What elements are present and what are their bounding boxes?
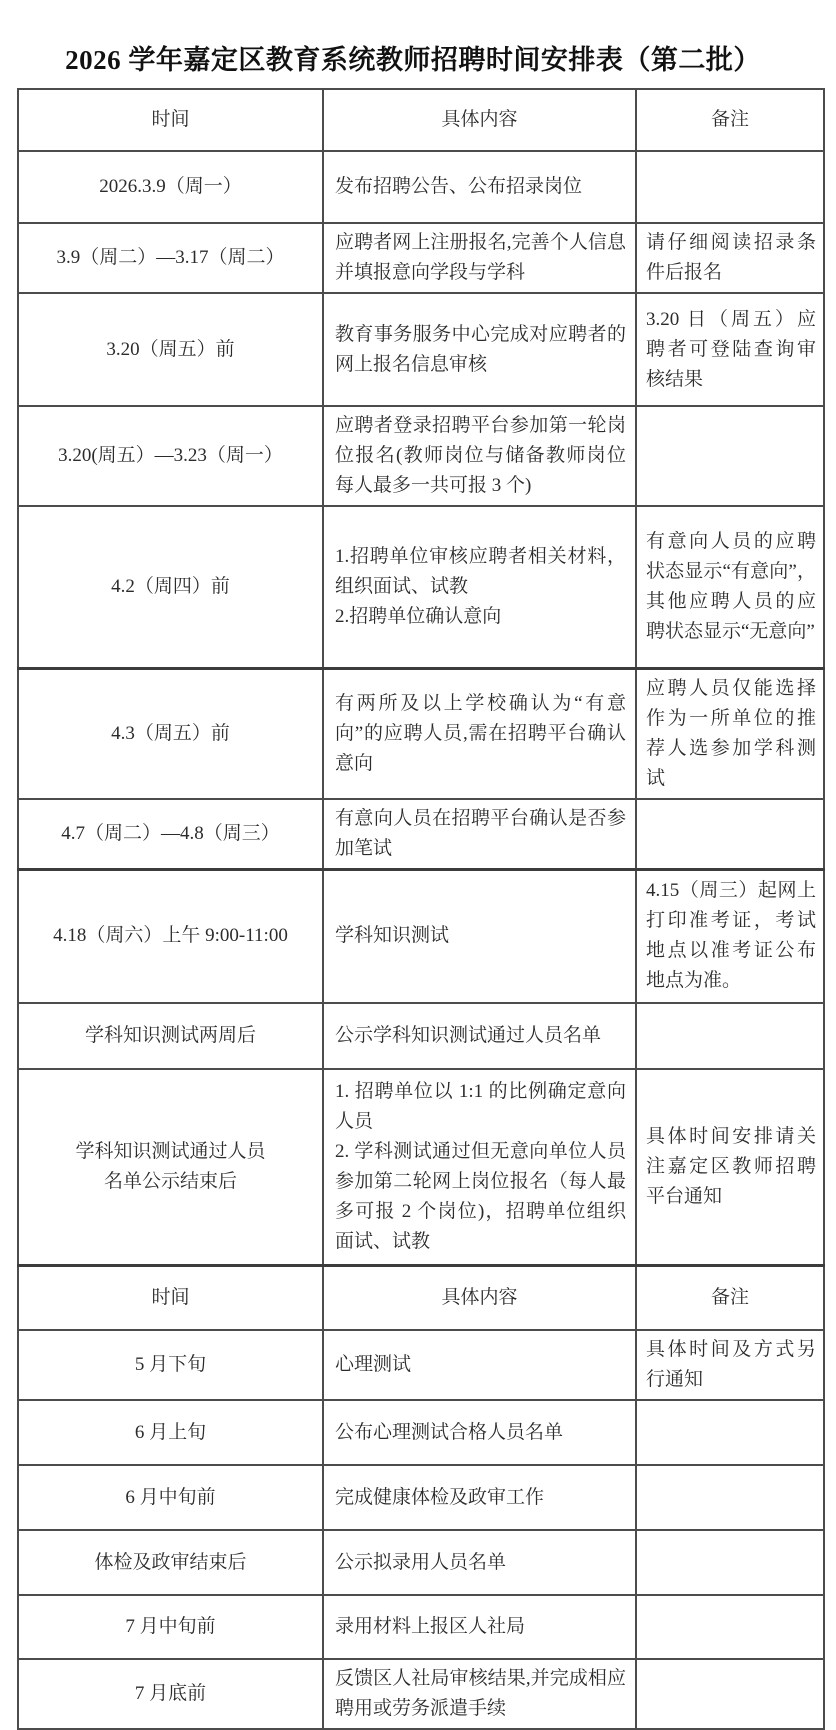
table-row: 学科知识测试通过人员 名单公示结束后 1. 招聘单位以 1:1 的比例确定意向人… bbox=[18, 1069, 824, 1265]
content-cell: 发布招聘公告、公布招录岗位 bbox=[323, 151, 636, 223]
col-header-time: 时间 bbox=[18, 1265, 323, 1330]
time-cell: 5 月下旬 bbox=[18, 1330, 323, 1400]
content-cell: 公示学科知识测试通过人员名单 bbox=[323, 1003, 636, 1069]
page-title: 2026 学年嘉定区教育系统教师招聘时间安排表（第二批） bbox=[0, 38, 826, 77]
content-cell: 有两所及以上学校确认为“有意向”的应聘人员,需在招聘平台确认意向 bbox=[323, 668, 636, 799]
table-row: 4.2（周四）前 1.招聘单位审核应聘者相关材料，组织面试、试教 2.招聘单位确… bbox=[18, 506, 824, 668]
content-cell: 录用材料上报区人社局 bbox=[323, 1595, 636, 1659]
content-cell: 1.招聘单位审核应聘者相关材料，组织面试、试教 2.招聘单位确认意向 bbox=[323, 506, 636, 668]
header-row-1: 时间 具体内容 备注 bbox=[18, 89, 824, 151]
col-header-time: 时间 bbox=[18, 89, 323, 151]
table-row: 6 月中旬前 完成健康体检及政审工作 bbox=[18, 1465, 824, 1530]
remark-cell bbox=[636, 1003, 824, 1069]
remark-cell bbox=[636, 1530, 824, 1595]
table-row: 学科知识测试两周后 公示学科知识测试通过人员名单 bbox=[18, 1003, 824, 1069]
time-cell: 学科知识测试通过人员 名单公示结束后 bbox=[18, 1069, 323, 1265]
content-cell: 完成健康体检及政审工作 bbox=[323, 1465, 636, 1530]
remark-cell bbox=[636, 1659, 824, 1729]
time-cell: 4.7（周二）—4.8（周三） bbox=[18, 799, 323, 870]
content-cell: 反馈区人社局审核结果,并完成相应聘用或劳务派遣手续 bbox=[323, 1659, 636, 1729]
table-row: 4.3（周五）前 有两所及以上学校确认为“有意向”的应聘人员,需在招聘平台确认意… bbox=[18, 668, 824, 799]
time-cell: 7 月底前 bbox=[18, 1659, 323, 1729]
remark-cell bbox=[636, 1595, 824, 1659]
remark-cell: 3.20 日（周五）应聘者可登陆查询审核结果 bbox=[636, 293, 824, 406]
remark-cell bbox=[636, 151, 824, 223]
content-cell: 教育事务服务中心完成对应聘者的网上报名信息审核 bbox=[323, 293, 636, 406]
table-row: 2026.3.9（周一） 发布招聘公告、公布招录岗位 bbox=[18, 151, 824, 223]
time-cell: 4.3（周五）前 bbox=[18, 668, 323, 799]
col-header-content: 具体内容 bbox=[323, 1265, 636, 1330]
remark-cell: 请仔细阅读招录条件后报名 bbox=[636, 223, 824, 293]
remark-cell bbox=[636, 1400, 824, 1465]
time-cell: 2026.3.9（周一） bbox=[18, 151, 323, 223]
remark-cell bbox=[636, 799, 824, 870]
content-cell: 公布心理测试合格人员名单 bbox=[323, 1400, 636, 1465]
schedule-table: 时间 具体内容 备注 2026.3.9（周一） 发布招聘公告、公布招录岗位 3.… bbox=[17, 88, 825, 1730]
time-cell: 6 月中旬前 bbox=[18, 1465, 323, 1530]
time-cell: 学科知识测试两周后 bbox=[18, 1003, 323, 1069]
content-cell: 应聘者网上注册报名,完善个人信息并填报意向学段与学科 bbox=[323, 223, 636, 293]
content-cell: 学科知识测试 bbox=[323, 869, 636, 1003]
time-cell: 3.9（周二）—3.17（周二） bbox=[18, 223, 323, 293]
table-row: 体检及政审结束后 公示拟录用人员名单 bbox=[18, 1530, 824, 1595]
table-row: 3.9（周二）—3.17（周二） 应聘者网上注册报名,完善个人信息并填报意向学段… bbox=[18, 223, 824, 293]
remark-cell bbox=[636, 406, 824, 506]
col-header-remark: 备注 bbox=[636, 1265, 824, 1330]
time-cell: 体检及政审结束后 bbox=[18, 1530, 323, 1595]
content-cell: 有意向人员在招聘平台确认是否参加笔试 bbox=[323, 799, 636, 870]
remark-cell: 具体时间及方式另行通知 bbox=[636, 1330, 824, 1400]
remark-cell: 有意向人员的应聘状态显示“有意向”，其他应聘人员的应聘状态显示“无意向” bbox=[636, 506, 824, 668]
table-row: 6 月上旬 公布心理测试合格人员名单 bbox=[18, 1400, 824, 1465]
table-row: 3.20(周五）—3.23（周一） 应聘者登录招聘平台参加第一轮岗位报名(教师岗… bbox=[18, 406, 824, 506]
time-cell: 7 月中旬前 bbox=[18, 1595, 323, 1659]
col-header-remark: 备注 bbox=[636, 89, 824, 151]
remark-cell bbox=[636, 1465, 824, 1530]
time-cell: 6 月上旬 bbox=[18, 1400, 323, 1465]
time-cell: 4.18（周六）上午 9:00-11:00 bbox=[18, 869, 323, 1003]
remark-cell: 应聘人员仅能选择作为一所单位的推荐人选参加学科测试 bbox=[636, 668, 824, 799]
content-cell: 1. 招聘单位以 1:1 的比例确定意向人员 2. 学科测试通过但无意向单位人员… bbox=[323, 1069, 636, 1265]
col-header-content: 具体内容 bbox=[323, 89, 636, 151]
header-row-2: 时间 具体内容 备注 bbox=[18, 1265, 824, 1330]
time-cell: 3.20（周五）前 bbox=[18, 293, 323, 406]
content-cell: 公示拟录用人员名单 bbox=[323, 1530, 636, 1595]
table-row: 3.20（周五）前 教育事务服务中心完成对应聘者的网上报名信息审核 3.20 日… bbox=[18, 293, 824, 406]
table-row: 5 月下旬 心理测试 具体时间及方式另行通知 bbox=[18, 1330, 824, 1400]
content-cell: 心理测试 bbox=[323, 1330, 636, 1400]
table-row: 4.7（周二）—4.8（周三） 有意向人员在招聘平台确认是否参加笔试 bbox=[18, 799, 824, 870]
time-cell: 3.20(周五）—3.23（周一） bbox=[18, 406, 323, 506]
remark-cell: 具体时间安排请关注嘉定区教师招聘平台通知 bbox=[636, 1069, 824, 1265]
content-cell: 应聘者登录招聘平台参加第一轮岗位报名(教师岗位与储备教师岗位每人最多一共可报 3… bbox=[323, 406, 636, 506]
time-cell: 4.2（周四）前 bbox=[18, 506, 323, 668]
table-row: 4.18（周六）上午 9:00-11:00 学科知识测试 4.15（周三）起网上… bbox=[18, 869, 824, 1003]
table-row: 7 月中旬前 录用材料上报区人社局 bbox=[18, 1595, 824, 1659]
table-row: 7 月底前 反馈区人社局审核结果,并完成相应聘用或劳务派遣手续 bbox=[18, 1659, 824, 1729]
remark-cell: 4.15（周三）起网上打印准考证，考试地点以准考证公布地点为准。 bbox=[636, 869, 824, 1003]
